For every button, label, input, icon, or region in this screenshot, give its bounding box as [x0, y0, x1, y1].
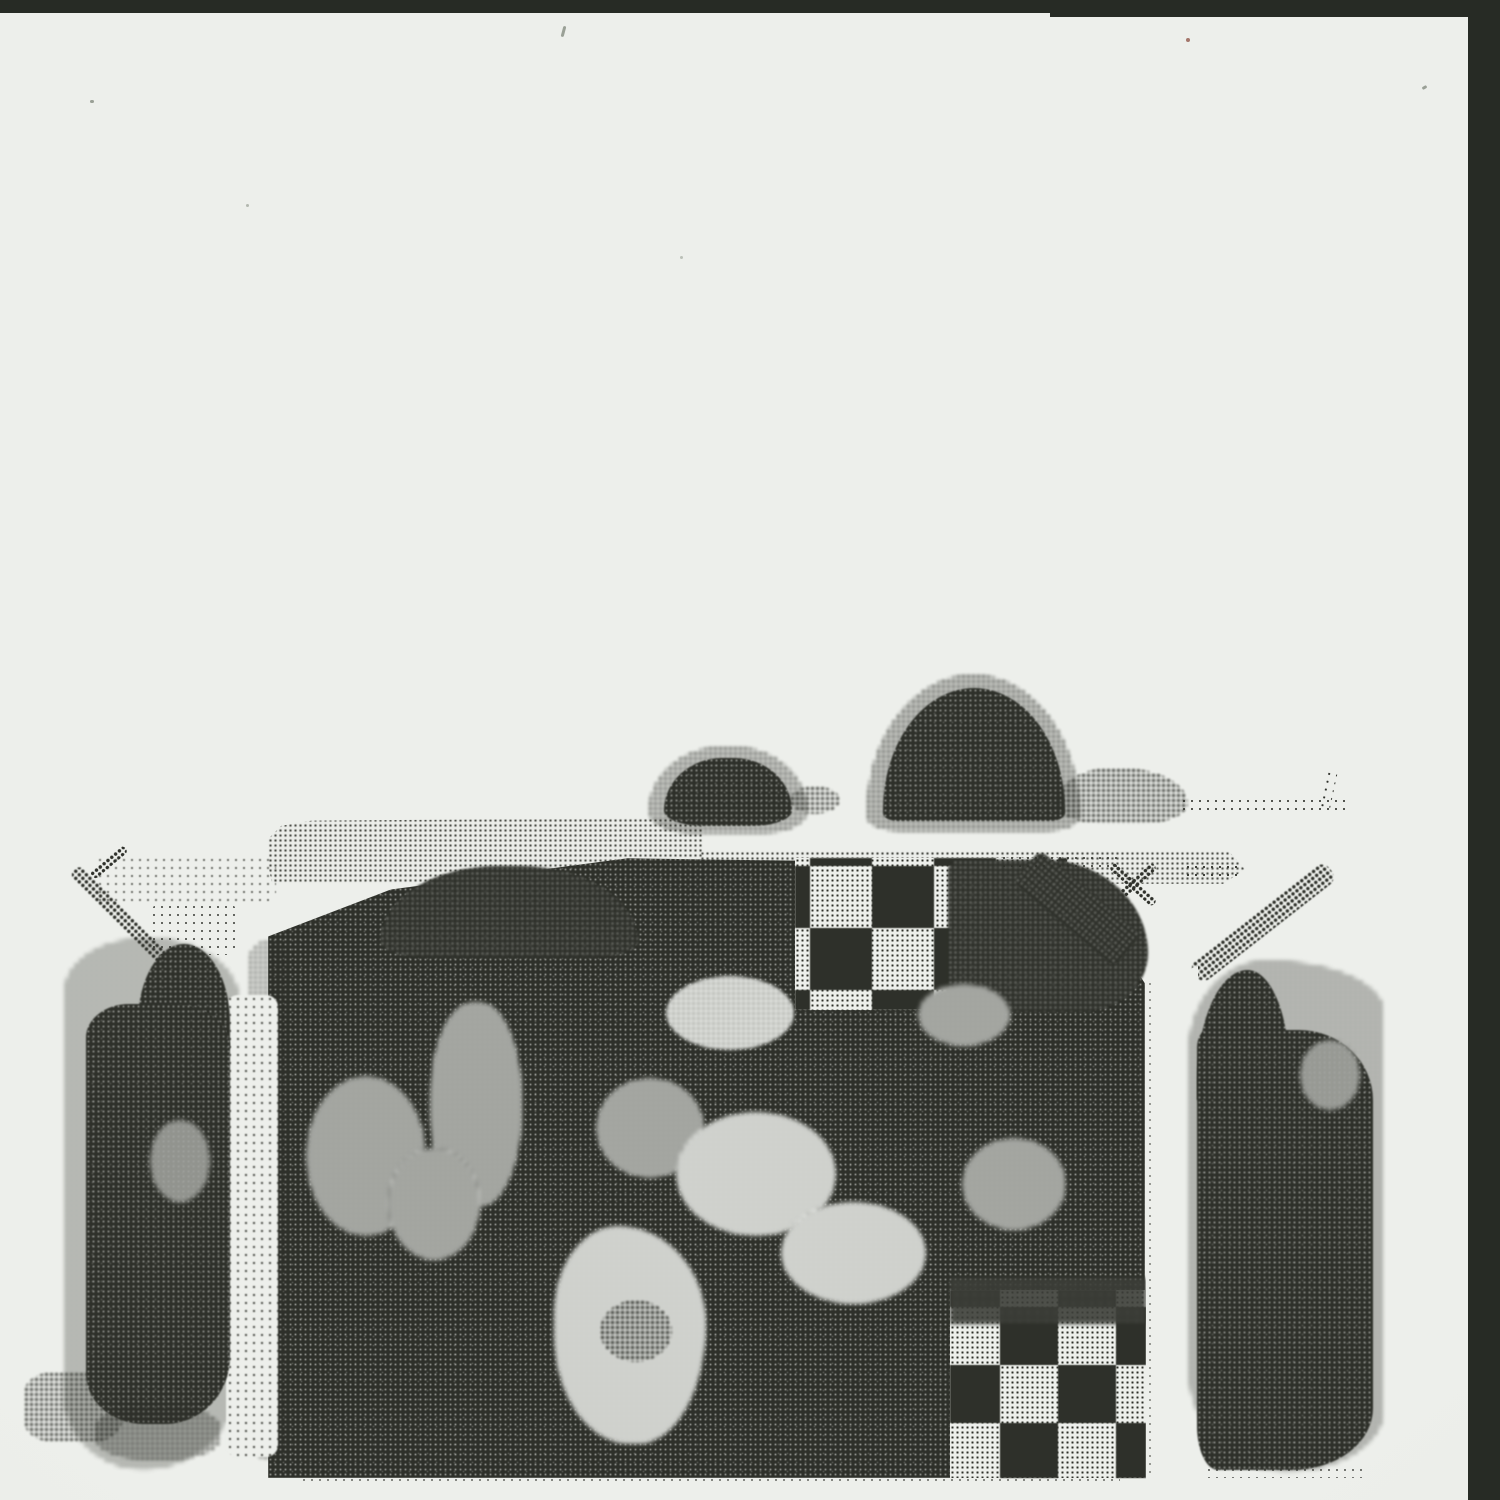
mass-patch-8	[388, 1148, 480, 1260]
left-smudge-column	[86, 1004, 230, 1424]
right-smudge-bottom-fade	[1205, 1466, 1365, 1478]
helmet-small-tail	[790, 786, 840, 814]
glitch-mark-dashes	[1184, 863, 1242, 882]
checkerboard-lower-blend	[950, 1278, 1146, 1324]
paper-speck-3	[246, 204, 249, 207]
paper-speck-4	[680, 256, 683, 259]
left-smudge-bottom-fade	[95, 1406, 221, 1460]
table-edge-fray-left	[96, 856, 276, 904]
record-sleeve-photo	[0, 0, 1500, 1500]
mass-patch-9	[962, 1138, 1066, 1230]
mass-patch-10	[918, 984, 1010, 1046]
paper-speck-red	[1186, 38, 1190, 42]
left-channel	[226, 995, 278, 1457]
right-smudge-light-notch	[1300, 1040, 1360, 1110]
mass-patch-2	[666, 976, 794, 1050]
paper-speck-2	[90, 100, 94, 103]
frame-right-bar	[1468, 0, 1500, 1500]
halftone-artwork	[0, 0, 1500, 1500]
divider-stripe-dots	[1146, 980, 1155, 1478]
helmet-large-shoulder	[1056, 768, 1188, 824]
frame-top-bar-right	[1050, 0, 1500, 17]
mass-patch-6	[781, 1202, 926, 1304]
checkerboard-top-dots	[1000, 854, 1120, 870]
left-smudge-light-notch	[150, 1120, 210, 1202]
mass-respeckle	[600, 1300, 672, 1362]
